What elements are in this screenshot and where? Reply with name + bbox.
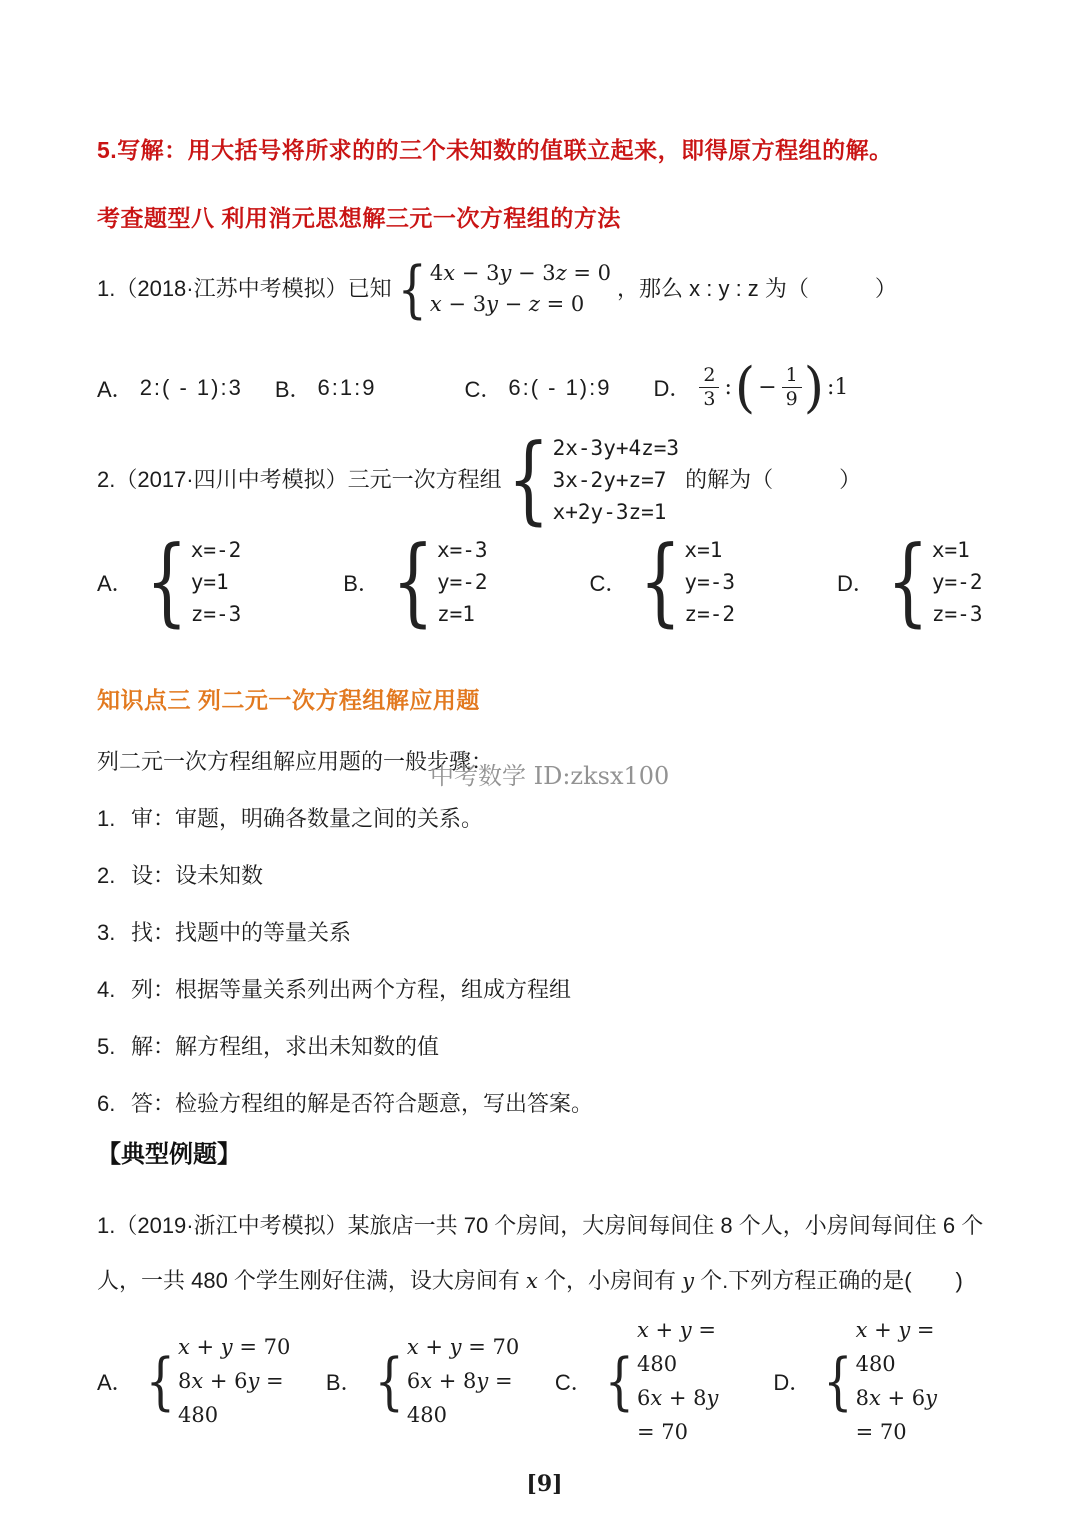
q3-line1: 1.（2019·浙江中考模拟）某旅店一共 70 个房间，大房间每间住 8 个人，… xyxy=(97,1213,983,1238)
q2-equation-3: x+2y-3z=1 xyxy=(553,496,679,528)
q2-equation-2: 3x-2y+z=7 xyxy=(553,464,679,496)
q2-option-d: D． { x=1 y=-2 z=-3 xyxy=(837,534,988,630)
heading-exam-type-8: 考查题型八 利用消元思想解三元一次方程组的方法 xyxy=(97,205,992,231)
heading-step5: 5.写解：用大括号将所求的的三个未知数的值联立起来，即得原方程组的解。 xyxy=(97,137,992,163)
q1-option-a: A． 2:( - 1):3 xyxy=(97,373,243,404)
left-brace: { xyxy=(146,534,188,630)
q1-option-b-text: 6:1:9 xyxy=(318,375,377,401)
question-2: 2.（2017·四川中考模拟）三元一次方程组 { 2x-3y+4z=3 3x-2… xyxy=(97,431,992,529)
step-item-6: 6. 答：检验方程组的解是否符合题意，写出答案。 xyxy=(97,1091,992,1117)
q2-prefix: 2.（2017·四川中考模拟）三元一次方程组 xyxy=(97,467,502,493)
q1-option-c-label: C． xyxy=(464,373,502,404)
q1-option-c: C． 6:( - 1):9 xyxy=(464,373,611,404)
open-paren: ( xyxy=(735,363,755,412)
q1-option-c-text: 6:( - 1):9 xyxy=(508,375,611,401)
heading-knowledge-point-3: 知识点三 列二元一次方程组解应用题 xyxy=(97,687,992,713)
q1-equation-1: 4x − 3y − 3z = 0 xyxy=(430,258,611,289)
q1-option-a-label: A． xyxy=(97,373,134,404)
q1-suffix: ，那么 x : y : z 为（ ） xyxy=(617,276,897,302)
step-item-4: 4. 列：根据等量关系列出两个方程，组成方程组 xyxy=(97,977,992,1003)
left-brace: { xyxy=(392,534,434,630)
q2-equation-1: 2x-3y+4z=3 xyxy=(553,432,679,464)
left-brace: { xyxy=(639,534,681,630)
q1-options: A． 2:( - 1):3 B． 6:1:9 C． 6:( - 1):9 D． … xyxy=(97,353,992,423)
left-brace: { xyxy=(375,1350,404,1412)
page-number: [9] xyxy=(97,1471,992,1497)
q1-option-b-label: B． xyxy=(275,373,312,404)
left-brace: { xyxy=(605,1350,634,1412)
q1-option-d-label: D． xyxy=(653,372,691,403)
question-1: 1.（2018·江苏中考模拟）已知 { 4x − 3y − 3z = 0 x −… xyxy=(97,255,992,323)
q1-equation-2: x − 3y − z = 0 xyxy=(430,289,611,320)
fraction-two-thirds: 2 3 xyxy=(699,365,719,412)
left-brace: { xyxy=(508,432,550,528)
q1-option-b: B． 6:1:9 xyxy=(275,373,377,404)
q2-suffix: 的解为（ ） xyxy=(685,467,861,493)
q1-option-d-tail: :1 xyxy=(827,375,848,400)
left-brace: { xyxy=(146,1350,175,1412)
q3-option-c: C． { x + y = 480 6x + 8y = 70 xyxy=(555,1313,748,1449)
minus-sign: − xyxy=(758,375,776,400)
step-item-5: 5. 解：解方程组，求出未知数的值 xyxy=(97,1034,992,1060)
q2-equation-system: { 2x-3y+4z=3 3x-2y+z=7 x+2y-3z=1 xyxy=(508,432,679,528)
q1-prefix: 1.（2018·江苏中考模拟）已知 xyxy=(97,276,392,302)
q3-options: A． { x + y = 70 8x + 6y = 480 B． { x + y… xyxy=(97,1313,992,1449)
q2-option-b: B． { x=-3 y=-2 z=1 xyxy=(343,534,493,630)
steps-list: 1. 审：审题，明确各数量之间的关系。 2. 设：设未知数 3. 找：找题中的等… xyxy=(97,806,992,1117)
q2-option-a: A． { x=-2 y=1 z=-3 xyxy=(97,534,247,630)
q1-option-d: D． 2 3 : ( − 1 9 ) :1 xyxy=(653,365,851,412)
q3-option-d: D． { x + y = 480 8x + 6y = 70 xyxy=(773,1313,966,1449)
q2-equations: 2x-3y+4z=3 3x-2y+z=7 x+2y-3z=1 xyxy=(553,432,679,528)
q1-equation-system: { 4x − 3y − 3z = 0 x − 3y − z = 0 xyxy=(398,258,611,320)
ratio-colon: : xyxy=(724,375,731,400)
q2-options: A． { x=-2 y=1 z=-3 B． { x=-3 y=-2 xyxy=(97,531,992,633)
q3-line2: 人，一共 480 个学生刚好住满，设大房间有 x 个，小房间有 y 个.下列方程… xyxy=(97,1268,963,1293)
left-brace: { xyxy=(887,534,929,630)
left-brace: { xyxy=(398,258,427,320)
q2-option-c: C． { x=1 y=-3 z=-2 xyxy=(590,534,741,630)
steps-intro: 列二元一次方程组解应用题的一般步骤： 中考数学 ID:zksx100 xyxy=(97,749,992,775)
step-item-3: 3. 找：找题中的等量关系 xyxy=(97,920,992,946)
q3-text: 1.（2019·浙江中考模拟）某旅店一共 70 个房间，大房间每间住 8 个人，… xyxy=(97,1198,992,1309)
q3-option-b: B． { x + y = 70 6x + 8y = 480 xyxy=(326,1330,529,1432)
left-brace: { xyxy=(823,1350,852,1412)
close-paren: ) xyxy=(804,363,824,412)
page-content: 5.写解：用大括号将所求的的三个未知数的值联立起来，即得原方程组的解。 考查题型… xyxy=(0,0,1080,1497)
q1-option-a-text: 2:( - 1):3 xyxy=(140,375,243,401)
fraction-one-ninth: 1 9 xyxy=(782,365,802,412)
q3-option-a: A． { x + y = 70 8x + 6y = 480 xyxy=(97,1330,300,1432)
heading-typical-examples: 【典型例题】 xyxy=(97,1141,992,1168)
document-page: 5.写解：用大括号将所求的的三个未知数的值联立起来，即得原方程组的解。 考查题型… xyxy=(0,0,1080,1528)
q1-equations: 4x − 3y − 3z = 0 x − 3y − z = 0 xyxy=(430,258,611,320)
step-item-2: 2. 设：设未知数 xyxy=(97,863,992,889)
step-item-1: 1. 审：审题，明确各数量之间的关系。 xyxy=(97,806,992,832)
